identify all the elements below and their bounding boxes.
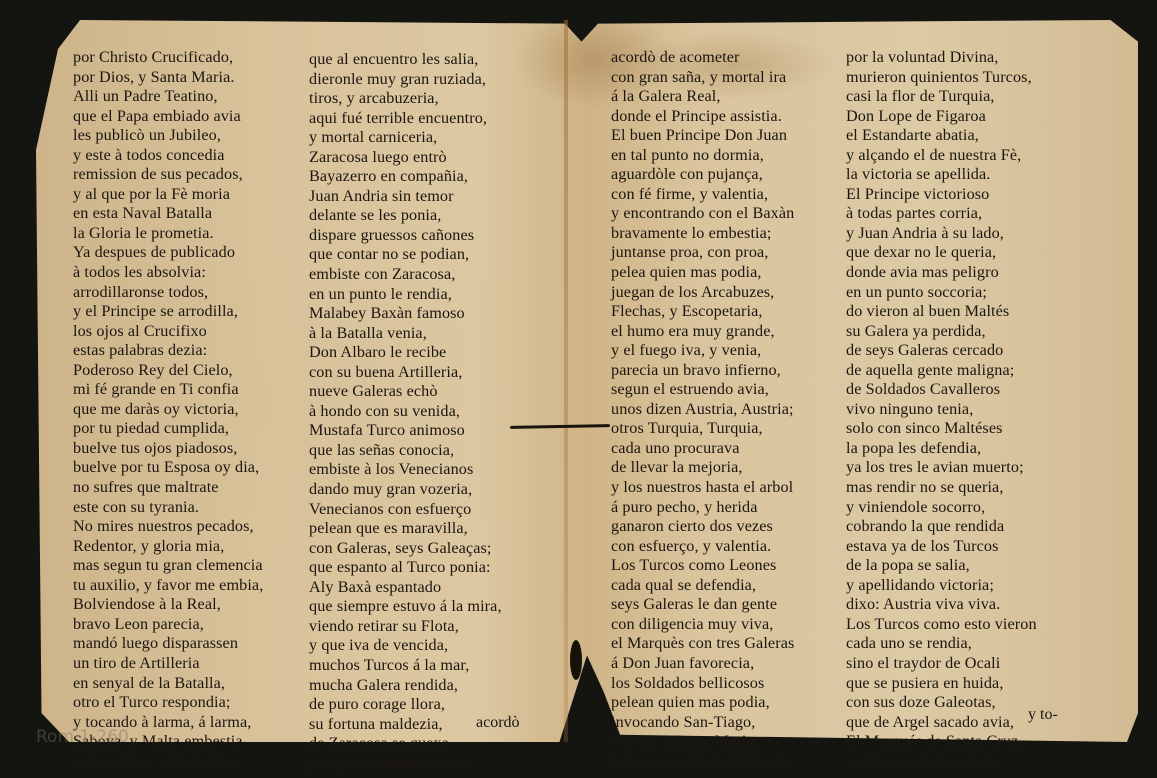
verse-line: vivo ninguno tenia,	[846, 400, 1037, 420]
verse-line: con fé firme, y valentia,	[611, 185, 794, 205]
text-column-3: acordò de acometercon gran saña, y morta…	[611, 48, 794, 771]
verse-line: casi la flor de Turquia,	[846, 87, 1037, 107]
verse-line: con esfuerço, y valentia.	[611, 537, 794, 557]
verse-line: pelea quien mas podia,	[611, 263, 794, 283]
verse-line: á la Galera Real,	[611, 87, 794, 107]
verse-line: murieron quinientos Turcos,	[846, 68, 1037, 88]
verse-line: buelve por tu Esposa oy dia,	[73, 458, 263, 478]
verse-line: do vieron al buen Maltés	[846, 302, 1037, 322]
verse-line: estava ya de los Turcos	[846, 537, 1037, 557]
verse-line: Aly Baxà espantado	[309, 578, 502, 598]
paper-hole	[570, 640, 582, 680]
verse-line: dieronle muy gran ruziada,	[309, 70, 502, 90]
verse-line: bravo Leon parecia,	[73, 615, 263, 635]
verse-line: porque engañado le avia;	[309, 754, 502, 774]
verse-line: por la voluntad Divina,	[846, 48, 1037, 68]
verse-line: Los Turcos como Leones	[611, 556, 794, 576]
verse-line: remission de sus pecados,	[73, 165, 263, 185]
verse-line: con gran saña, y mortal ira	[611, 68, 794, 88]
verse-line: la Turquesa Real rindieron;	[611, 752, 794, 772]
verse-line: Venecianos con esfuerço	[309, 500, 502, 520]
verse-line: que me daràs oy victoria,	[73, 400, 263, 420]
verse-line: Juan Andria sin temor	[309, 187, 502, 207]
verse-line: tu auxilio, y favor me embia,	[73, 576, 263, 596]
verse-line: en tal punto no dormia,	[611, 146, 794, 166]
verse-line: por Christo Crucificado,	[73, 48, 263, 68]
verse-line: de puro corage llora,	[309, 695, 502, 715]
verse-line: y los nuestros hasta el arbol	[611, 478, 794, 498]
verse-line: de llevar la mejoria,	[611, 458, 794, 478]
verse-line: pelean quien mas podia,	[611, 693, 794, 713]
verse-line: y este à todos concedia	[73, 146, 263, 166]
verse-line: solo con sinco Maltéses	[846, 419, 1037, 439]
verse-line: Flechas, y Escopetaria,	[611, 302, 794, 322]
verse-line: otro el Turco respondia;	[73, 693, 263, 713]
verse-line: por Dios, y Santa Maria.	[73, 68, 263, 88]
verse-line: aqui fué terrible encuentro,	[309, 109, 502, 129]
verse-line: mucha Galera rendida,	[309, 676, 502, 696]
center-fold	[564, 20, 568, 742]
verse-line: dixo: Austria viva viva.	[846, 595, 1037, 615]
verse-line: y alçando el de nuestra Fè,	[846, 146, 1037, 166]
verse-line: que dexar no le queria,	[846, 243, 1037, 263]
verse-line: en un punto soccoria;	[846, 283, 1037, 303]
verse-line: y mortal carniceria,	[309, 128, 502, 148]
verse-line: de aquella gente maligna;	[846, 361, 1037, 381]
verse-line: con Galeras, seys Galeaças;	[309, 539, 502, 559]
catchword-left-page: acordò	[476, 714, 520, 732]
verse-line: que de Argel sacado avia,	[846, 713, 1037, 733]
verse-line: á Don Juan favorecia,	[611, 654, 794, 674]
verse-line: mas rendir no se queria,	[846, 478, 1037, 498]
verse-line: El Marqués de Santa Cruz,	[846, 732, 1037, 752]
verse-line: Bayazerro en compañia,	[309, 167, 502, 187]
verse-line: dando muy gran vozeria,	[309, 480, 502, 500]
verse-line: à todas partes corria,	[846, 204, 1037, 224]
verse-line: otros Turquia, Turquia,	[611, 419, 794, 439]
verse-line: en esta Naval Batalla	[73, 204, 263, 224]
verse-line: la popa les defendia,	[846, 439, 1037, 459]
verse-line: este con su tyrania.	[73, 498, 263, 518]
verse-line: en un punto le rendia,	[309, 285, 502, 305]
verse-line: viendo retirar su Flota,	[309, 617, 502, 637]
verse-line: acordò de acometer	[611, 48, 794, 68]
verse-line: seys Galeras le dan gente	[611, 595, 794, 615]
verse-line: cada uno procurava	[611, 439, 794, 459]
verse-line: El Principe victorioso	[846, 185, 1037, 205]
verse-line: un tiro de Artilleria	[73, 654, 263, 674]
verse-line: cobrando la que rendida	[846, 517, 1037, 537]
verse-line: con diligencia muy viva,	[611, 615, 794, 635]
verse-line: Alli un Padre Teatino,	[73, 87, 263, 107]
verse-line: mandó luego disparassen	[73, 634, 263, 654]
verse-line: donde avia mas peligro	[846, 263, 1037, 283]
text-column-2: que al encuentro les salia,dieronle muy …	[309, 50, 502, 773]
verse-line: que siempre estuvo á la mira,	[309, 597, 502, 617]
verse-line: que se pusiera en huida,	[846, 674, 1037, 694]
verse-line: delante se les ponia,	[309, 206, 502, 226]
verse-line: Don Albaro le recibe	[309, 343, 502, 363]
verse-line: y viniendole socorro,	[846, 498, 1037, 518]
verse-line: ganaron cierto dos vezes	[611, 517, 794, 537]
verse-line: el Marquès con tres Galeras	[611, 634, 794, 654]
verse-line: no sufres que maltrate	[73, 478, 263, 498]
verse-line: y el Principe se arrodilla,	[73, 302, 263, 322]
verse-line: con sus doze Galeotas,	[846, 693, 1037, 713]
verse-line: nueve Galeras echò	[309, 382, 502, 402]
verse-line: y el fuego iva, y venia,	[611, 341, 794, 361]
verse-line: No mires nuestros pecados,	[73, 517, 263, 537]
verse-line: por tu piedad cumplida,	[73, 419, 263, 439]
verse-line: en senyal de la Batalla,	[73, 674, 263, 694]
verse-line: que espanto al Turco ponia:	[309, 558, 502, 578]
verse-line: mi fé grande en Ti confia	[73, 380, 263, 400]
verse-line: Redentor, y gloria mia,	[73, 537, 263, 557]
verse-line: Mustafa Turco animoso	[309, 421, 502, 441]
verse-line: la victoria se apellida.	[846, 165, 1037, 185]
verse-line: à Assambey, y Barbarroja	[73, 752, 263, 772]
verse-line: embiste con Zaracosa,	[309, 265, 502, 285]
pencil-shelfmark: Rom 1-260	[36, 727, 129, 747]
verse-line: aguardòle con pujança,	[611, 165, 794, 185]
verse-line: Zaracosa luego entrò	[309, 148, 502, 168]
verse-line: de Soldados Cavalleros	[846, 380, 1037, 400]
verse-line: la Gloria le prometia.	[73, 224, 263, 244]
verse-line: embiste à los Venecianos	[309, 460, 502, 480]
verse-line: que al encuentro les salia,	[309, 50, 502, 70]
verse-line: ya los tres le avian muerto;	[846, 458, 1037, 478]
verse-line: à Dios, y Santa Maria,	[611, 732, 794, 752]
verse-line: los Soldados bellicosos	[611, 674, 794, 694]
verse-line: mas segun tu gran clemencia	[73, 556, 263, 576]
verse-line: que el Papa embiado avia	[73, 107, 263, 127]
verse-line: Poderoso Rey del Cielo,	[73, 361, 263, 381]
verse-line: y el Genovès le seguia,	[846, 752, 1037, 772]
catchword-right-page: y to-	[1028, 706, 1058, 724]
verse-line: sino el traydor de Ocali	[846, 654, 1037, 674]
verse-line: invocando San-Tiago,	[611, 713, 794, 733]
verse-line: arrodillaronse todos,	[73, 283, 263, 303]
verse-line: buelve tus ojos piadosos,	[73, 439, 263, 459]
verse-line: segun el estruendo avia,	[611, 380, 794, 400]
verse-line: que contar no se podian,	[309, 245, 502, 265]
verse-line: y al que por la Fè moria	[73, 185, 263, 205]
verse-line: el humo era muy grande,	[611, 322, 794, 342]
verse-line: juntanse proa, con proa,	[611, 243, 794, 263]
verse-line: el Estandarte abatia,	[846, 126, 1037, 146]
verse-line: y que iva de vencida,	[309, 636, 502, 656]
verse-line: à la Batalla venia,	[309, 324, 502, 344]
verse-line: con su buena Artilleria,	[309, 363, 502, 383]
verse-line: muchos Turcos á la mar,	[309, 656, 502, 676]
verse-line: y apellidando victoria;	[846, 576, 1037, 596]
verse-line: á puro pecho, y herida	[611, 498, 794, 518]
verse-line: su Galera ya perdida,	[846, 322, 1037, 342]
verse-line: donde el Principe assistia.	[611, 107, 794, 127]
verse-line: de Zaracosa se quexa,	[309, 734, 502, 754]
verse-line: pelean que es maravilla,	[309, 519, 502, 539]
verse-line: les publicò un Jubileo,	[73, 126, 263, 146]
verse-line: cada qual se defendia,	[611, 576, 794, 596]
verse-line: de la popa se salia,	[846, 556, 1037, 576]
verse-line: y encontrando con el Baxàn	[611, 204, 794, 224]
verse-line: à todos les absolvia:	[73, 263, 263, 283]
verse-line: unos dizen Austria, Austria;	[611, 400, 794, 420]
verse-line: estas palabras dezia:	[73, 341, 263, 361]
verse-line: cada uno se rendia,	[846, 634, 1037, 654]
verse-line: los ojos al Crucifixo	[73, 322, 263, 342]
verse-line: dispare gruessos cañones	[309, 226, 502, 246]
verse-line: parecia un bravo infierno,	[611, 361, 794, 381]
verse-line: Los Turcos como esto vieron	[846, 615, 1037, 635]
verse-line: El buen Principe Don Juan	[611, 126, 794, 146]
verse-line: bravamente lo embestia;	[611, 224, 794, 244]
verse-line: Bolviendose à la Real,	[73, 595, 263, 615]
verse-line: de seys Galeras cercado	[846, 341, 1037, 361]
verse-line: tiros, y arcabuzeria,	[309, 89, 502, 109]
text-column-1: por Christo Crucificado,por Dios, y Sant…	[73, 48, 263, 771]
verse-line: que las señas conocia,	[309, 441, 502, 461]
verse-line: Ya despues de publicado	[73, 243, 263, 263]
verse-line: juegan de los Arcabuzes,	[611, 283, 794, 303]
verse-line: à hondo con su venida,	[309, 402, 502, 422]
verse-line: y Juan Andria à su lado,	[846, 224, 1037, 244]
verse-line: Don Lope de Figaroa	[846, 107, 1037, 127]
verse-line: Malabey Baxàn famoso	[309, 304, 502, 324]
verse-line: su fortuna maldezia,	[309, 715, 502, 735]
text-column-4: por la voluntad Divina,murieron quinient…	[846, 48, 1037, 771]
